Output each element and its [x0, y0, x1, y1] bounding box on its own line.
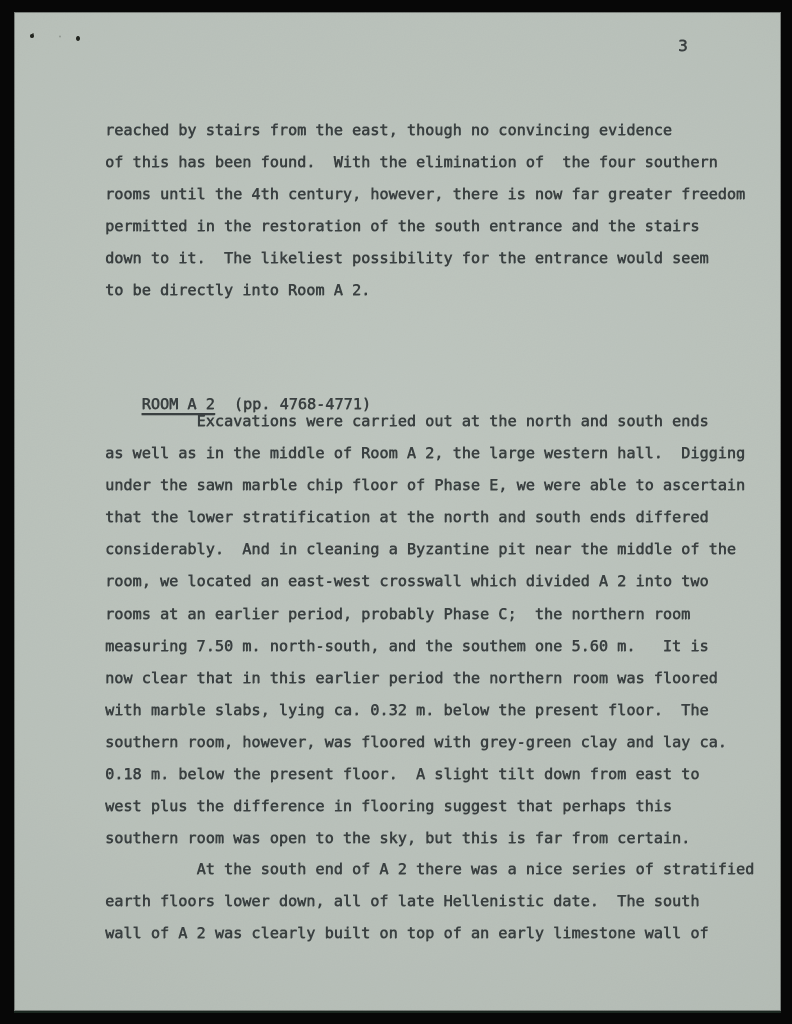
paragraph-excavations: Excavations were carried out at the nort…: [105, 405, 745, 854]
staple-hole-mark: [30, 34, 34, 38]
paragraph-south-end: At the south end of A 2 there was a nice…: [105, 853, 754, 949]
paragraph-south-entrance: reached by stairs from the east, though …: [105, 114, 745, 307]
page-number: 3: [678, 30, 688, 62]
staple-hole-mark: [76, 36, 80, 41]
scanned-typewritten-page: 3 reached by stairs from the east, thoug…: [14, 12, 781, 1011]
